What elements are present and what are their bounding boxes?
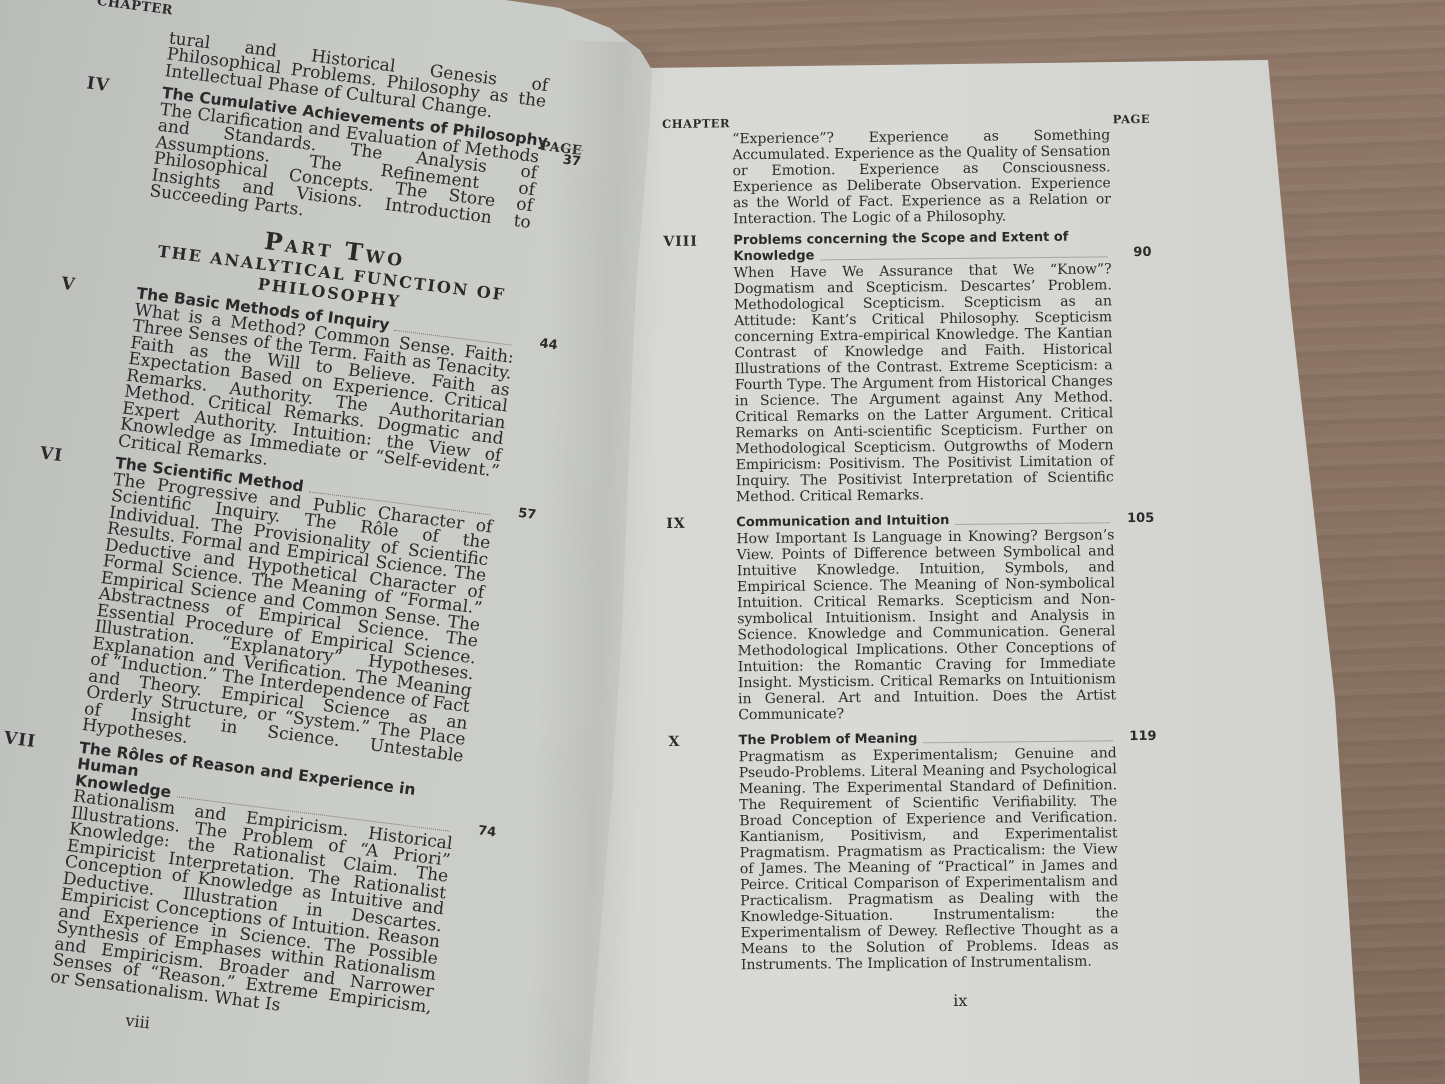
page-number[interactable]: 57 [493, 503, 537, 525]
chapter-description: When Have We Assurance that We “Know”? D… [734, 261, 1114, 505]
chapter-description: The Progressive and Public Character of … [81, 471, 493, 781]
page-column-label: PAGE [1113, 111, 1150, 127]
chapter-number: IV [73, 75, 163, 199]
page-number[interactable]: 74 [453, 820, 497, 842]
chapter-title-line-2[interactable]: Knowledge [733, 248, 814, 265]
dot-leader [955, 522, 1110, 525]
dot-leader [553, 146, 583, 151]
page-number[interactable]: 90 [1111, 245, 1151, 261]
chapter-description: Pragmatism as Experimentalism; Genuine a… [739, 745, 1119, 973]
page-number[interactable]: 105 [1114, 511, 1154, 527]
page-number[interactable]: 44 [515, 333, 559, 355]
toc-entry-vi: VI The Scientific Method 57 The Progress… [6, 445, 537, 786]
chapter-number: IX [666, 515, 738, 724]
toc-entry-viii: VIII Problems concerning the Scope and E… [663, 229, 1154, 506]
continued-description: “Experience”? Experience as Something Ac… [732, 127, 1111, 227]
page-number[interactable]: 119 [1116, 729, 1156, 745]
chapter-title[interactable]: The Problem of Meaning [738, 731, 917, 749]
toc-entry-x: X The Problem of Meaning 119 Pragmatism … [668, 729, 1158, 974]
toc-entry-ix: IX Communication and Intuition 105 How I… [666, 511, 1156, 724]
chapter-number: X [668, 733, 741, 974]
chapter-description: How Important Is Language in Knowing? Be… [736, 527, 1116, 723]
right-page: CHAPTER PAGE “Experience”? Experience as… [662, 111, 1159, 1012]
chapter-number: VIII [663, 233, 736, 506]
dot-leader [923, 740, 1112, 743]
dot-leader [820, 256, 1107, 260]
chapter-column-label: CHAPTER [662, 115, 730, 132]
